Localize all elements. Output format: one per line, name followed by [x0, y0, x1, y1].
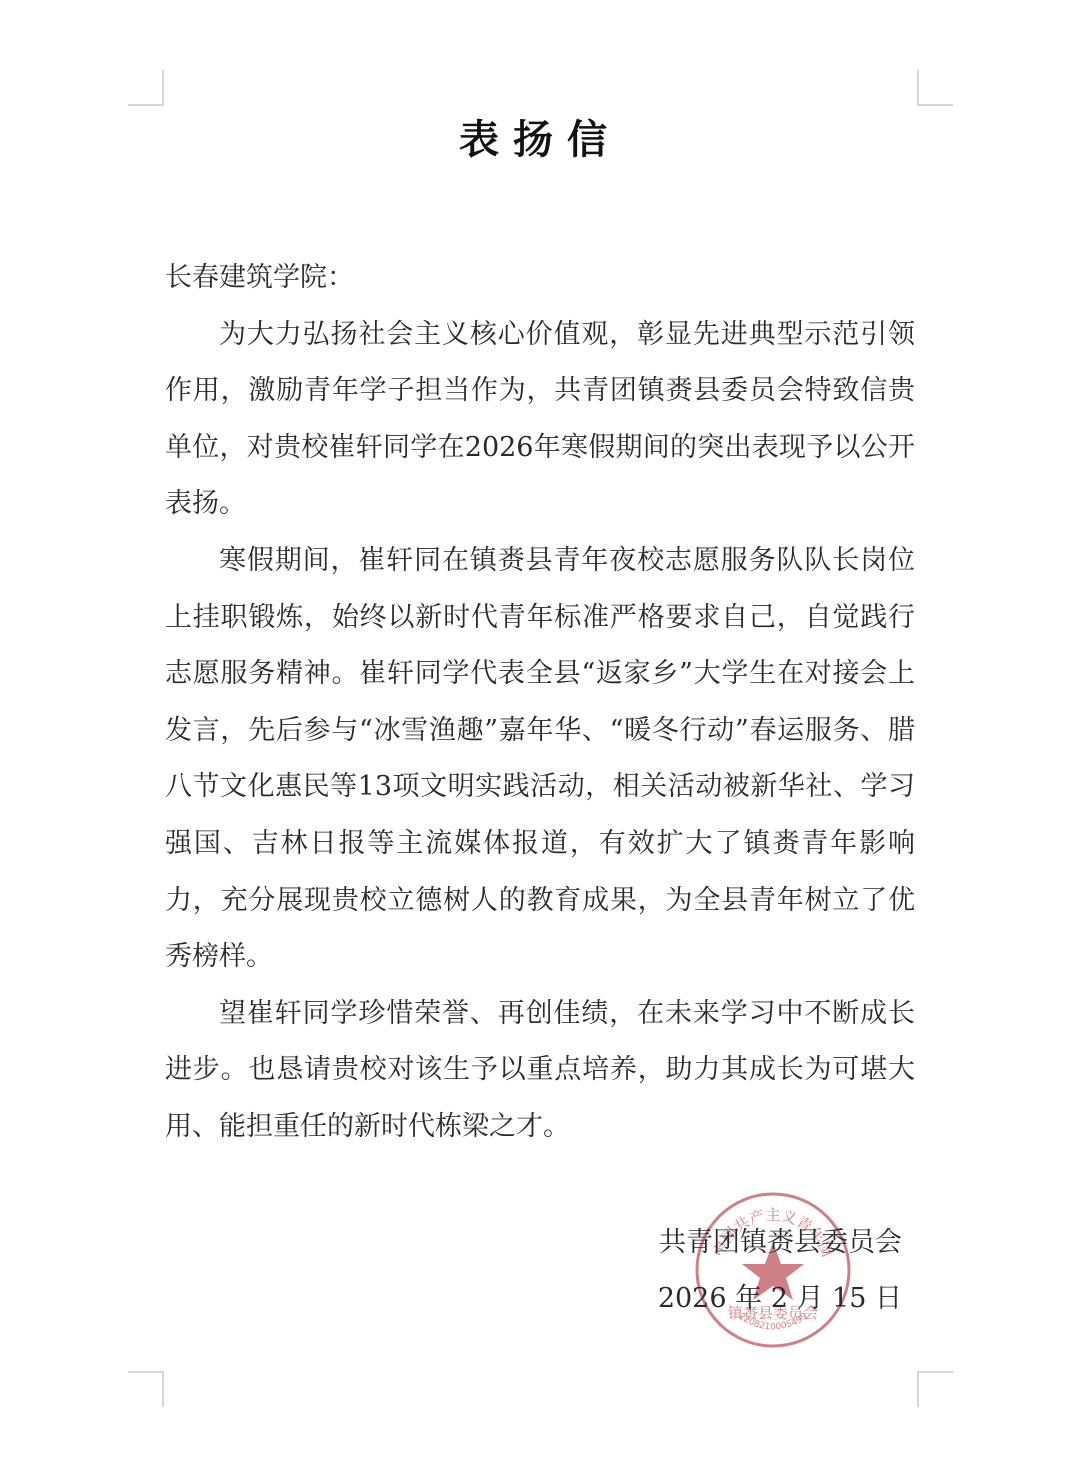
corner-mark-bottom-left: [128, 1371, 164, 1407]
paragraph-3: 望崔轩同学珍惜荣誉、再创佳绩，在未来学习中不断成长进步。也恳请贵校对该生予以重点…: [165, 986, 915, 1156]
corner-mark-top-right: [917, 70, 953, 106]
paragraph-2: 寒假期间，崔轩同在镇赉县青年夜校志愿服务队队长岗位上挂职锻炼，始终以新时代青年标…: [165, 533, 915, 986]
corner-mark-bottom-right: [917, 1371, 953, 1407]
signature-organization: 共青团镇赉县委员会: [658, 1215, 902, 1271]
letter-body: 长春建筑学院： 为大力弘扬社会主义核心价值观，彰显先进典型示范引领作用，激励青年…: [165, 250, 915, 1156]
signature-date: 2026 年 2 月 15 日: [658, 1271, 902, 1327]
corner-mark-top-left: [128, 70, 164, 106]
document-title: 表扬信: [0, 108, 1080, 165]
paragraph-1: 为大力弘扬社会主义核心价值观，彰显先进典型示范引领作用，激励青年学子担当作为，共…: [165, 307, 915, 533]
signature-block: 共青团镇赉县委员会 2026 年 2 月 15 日: [658, 1215, 902, 1327]
salutation: 长春建筑学院：: [165, 250, 915, 307]
